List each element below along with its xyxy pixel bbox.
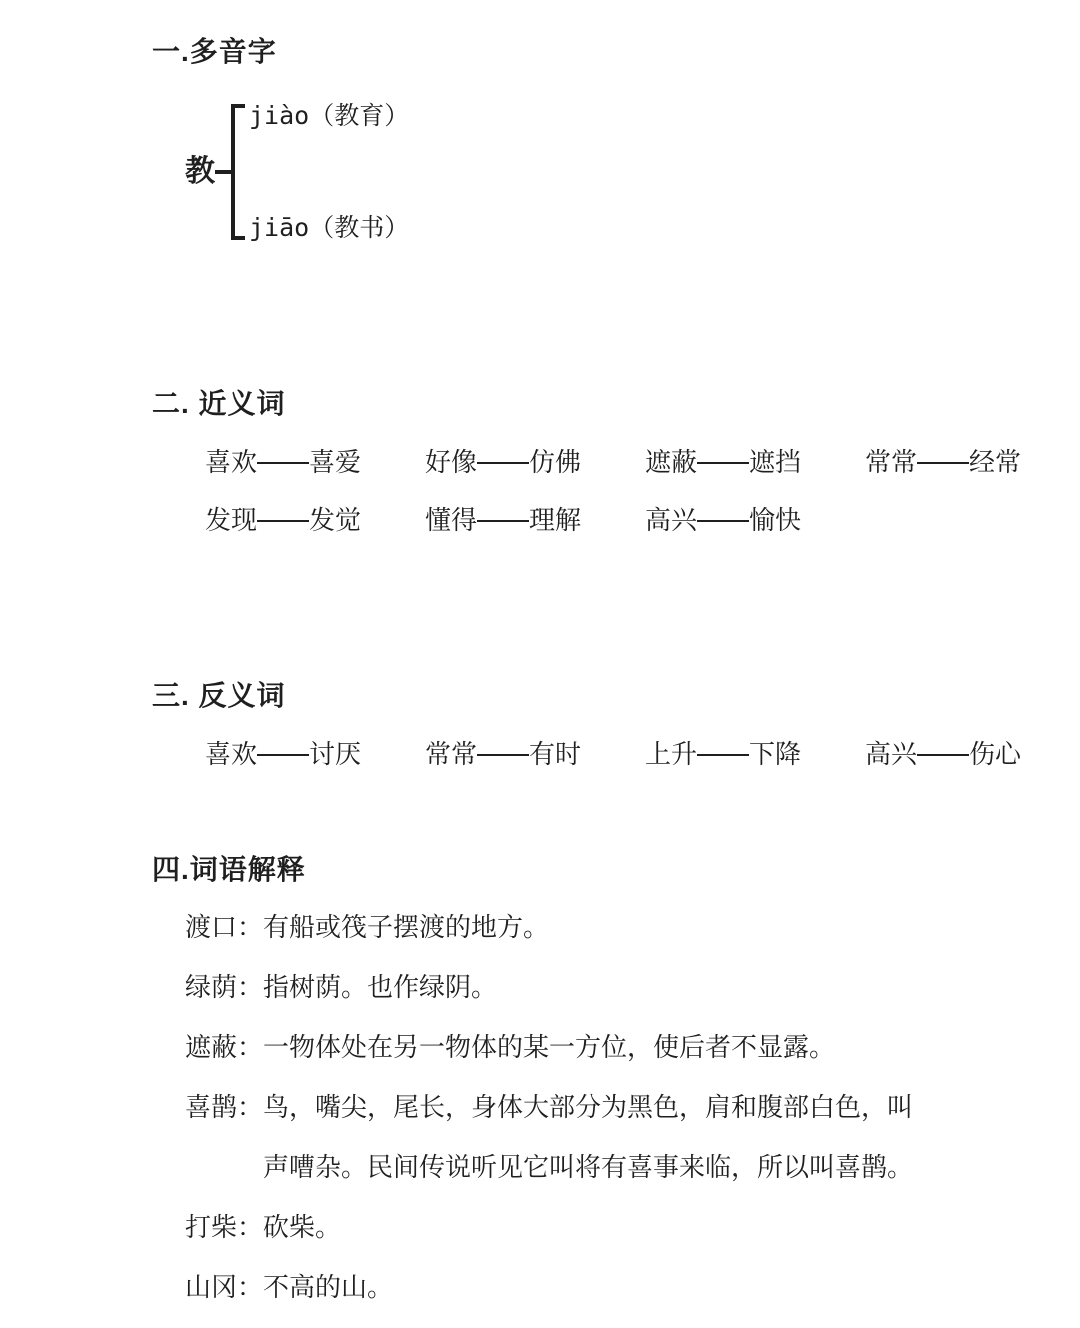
pair-right: 喜爱: [309, 448, 361, 477]
definition-item: 渡口： 有船或筏子摆渡的地方。: [185, 898, 1040, 958]
polyphonic-diagram: 教 jiào（教育） jiāo（教书）: [185, 102, 1040, 242]
pair-right: 有时: [529, 740, 581, 769]
pair-left: 常常: [865, 448, 917, 477]
pair-right: 理解: [529, 506, 581, 535]
synonyms-heading: 二. 近义词: [152, 388, 1040, 420]
synonym-row-2: 发现发觉 懂得理解 高兴愉快: [205, 506, 1040, 536]
section-synonyms: 二. 近义词 喜欢喜爱 好像仿佛 遮蔽遮挡 常常经常 发现发觉 懂得理解 高: [152, 388, 1040, 536]
definition-text: 有船或筏子摆渡的地方。: [263, 898, 927, 958]
definition-text: 砍柴。: [263, 1198, 927, 1258]
word-pair: 常常经常: [865, 448, 1021, 478]
pair-dash-line: [477, 462, 529, 464]
word-pair: 高兴愉快: [645, 506, 801, 536]
word-pair: 喜欢讨厌: [205, 740, 425, 770]
reading-branches: jiào（教育） jiāo（教书）: [249, 102, 409, 242]
definition-item: 遮蔽： 一物体处在另一物体的某一方位，使后者不显露。: [185, 1018, 1040, 1078]
pair-left: 喜欢: [205, 740, 257, 769]
word-pair: 懂得理解: [425, 506, 645, 536]
pair-dash-line: [697, 520, 749, 522]
reading-jiao1: jiāo（教书）: [249, 214, 409, 242]
document-page: 一.多音字 教 jiào（教育） jiāo（教书） 二. 近义词 喜欢喜爱 好像…: [0, 0, 1080, 1328]
antonym-row-1: 喜欢讨厌 常常有时 上升下降 高兴伤心: [205, 740, 1040, 770]
bracket-shape: [231, 104, 245, 240]
definition-text: 鸟，嘴尖，尾长，身体大部分为黑色，肩和腹部白色，叫声嘈杂。民间传说听见它叫将有喜…: [263, 1078, 927, 1198]
antonyms-heading: 三. 反义词: [152, 680, 1040, 712]
pair-dash-line: [917, 462, 969, 464]
definition-term: 山冈：: [185, 1258, 263, 1318]
definitions-heading: 四.词语解释: [152, 854, 1040, 886]
word-pair: 遮蔽遮挡: [645, 448, 865, 478]
synonym-row-1: 喜欢喜爱 好像仿佛 遮蔽遮挡 常常经常: [205, 448, 1040, 478]
pair-right: 愉快: [749, 506, 801, 535]
definition-term: 渡口：: [185, 898, 263, 958]
word-pair: 上升下降: [645, 740, 865, 770]
pair-dash-line: [697, 754, 749, 756]
definition-term: 喜鹊：: [185, 1078, 263, 1198]
definition-item: 打柴： 砍柴。: [185, 1198, 1040, 1258]
pair-dash-line: [477, 754, 529, 756]
pair-right: 发觉: [309, 506, 361, 535]
pair-right: 讨厌: [309, 740, 361, 769]
pair-dash-line: [257, 462, 309, 464]
definition-item: 绿荫： 指树荫。也作绿阴。: [185, 958, 1040, 1018]
definition-term: 绿荫：: [185, 958, 263, 1018]
pair-dash-line: [697, 462, 749, 464]
pair-left: 懂得: [425, 506, 477, 535]
definition-text: 一物体处在另一物体的某一方位，使后者不显露。: [263, 1018, 927, 1078]
pair-dash-line: [477, 520, 529, 522]
definition-text: 指树荫。也作绿阴。: [263, 958, 927, 1018]
pair-left: 好像: [425, 448, 477, 477]
pair-left: 遮蔽: [645, 448, 697, 477]
reading-jiao4: jiào（教育）: [249, 102, 409, 130]
word-pair: 好像仿佛: [425, 448, 645, 478]
pair-dash-line: [257, 520, 309, 522]
definition-term: 遮蔽：: [185, 1018, 263, 1078]
bracket-connector-line: [215, 170, 231, 174]
polyphonic-character: 教: [185, 157, 215, 187]
pair-right: 下降: [749, 740, 801, 769]
pair-left: 喜欢: [205, 448, 257, 477]
pair-dash-line: [257, 754, 309, 756]
section-polyphonic: 一.多音字 教 jiào（教育） jiāo（教书）: [152, 36, 1040, 242]
pair-left: 常常: [425, 740, 477, 769]
pair-left: 高兴: [645, 506, 697, 535]
pair-dash-line: [917, 754, 969, 756]
pair-left: 上升: [645, 740, 697, 769]
definition-text: 不高的山。: [263, 1258, 927, 1318]
pair-right: 伤心: [969, 740, 1021, 769]
word-pair: 喜欢喜爱: [205, 448, 425, 478]
pair-right: 经常: [969, 448, 1021, 477]
polyphonic-heading: 一.多音字: [152, 36, 1040, 68]
word-pair: 发现发觉: [205, 506, 425, 536]
pair-right: 仿佛: [529, 448, 581, 477]
definition-item: 喜鹊： 鸟，嘴尖，尾长，身体大部分为黑色，肩和腹部白色，叫声嘈杂。民间传说听见它…: [185, 1078, 1040, 1198]
definition-term: 打柴：: [185, 1198, 263, 1258]
section-definitions: 四.词语解释 渡口： 有船或筏子摆渡的地方。 绿荫： 指树荫。也作绿阴。 遮蔽：…: [152, 854, 1040, 1318]
pair-right: 遮挡: [749, 448, 801, 477]
word-pair: 常常有时: [425, 740, 645, 770]
definition-item: 山冈： 不高的山。: [185, 1258, 1040, 1318]
pair-left: 发现: [205, 506, 257, 535]
pair-left: 高兴: [865, 740, 917, 769]
section-antonyms: 三. 反义词 喜欢讨厌 常常有时 上升下降 高兴伤心: [152, 680, 1040, 770]
definition-list: 渡口： 有船或筏子摆渡的地方。 绿荫： 指树荫。也作绿阴。 遮蔽： 一物体处在另…: [185, 898, 1040, 1318]
word-pair: 高兴伤心: [865, 740, 1021, 770]
